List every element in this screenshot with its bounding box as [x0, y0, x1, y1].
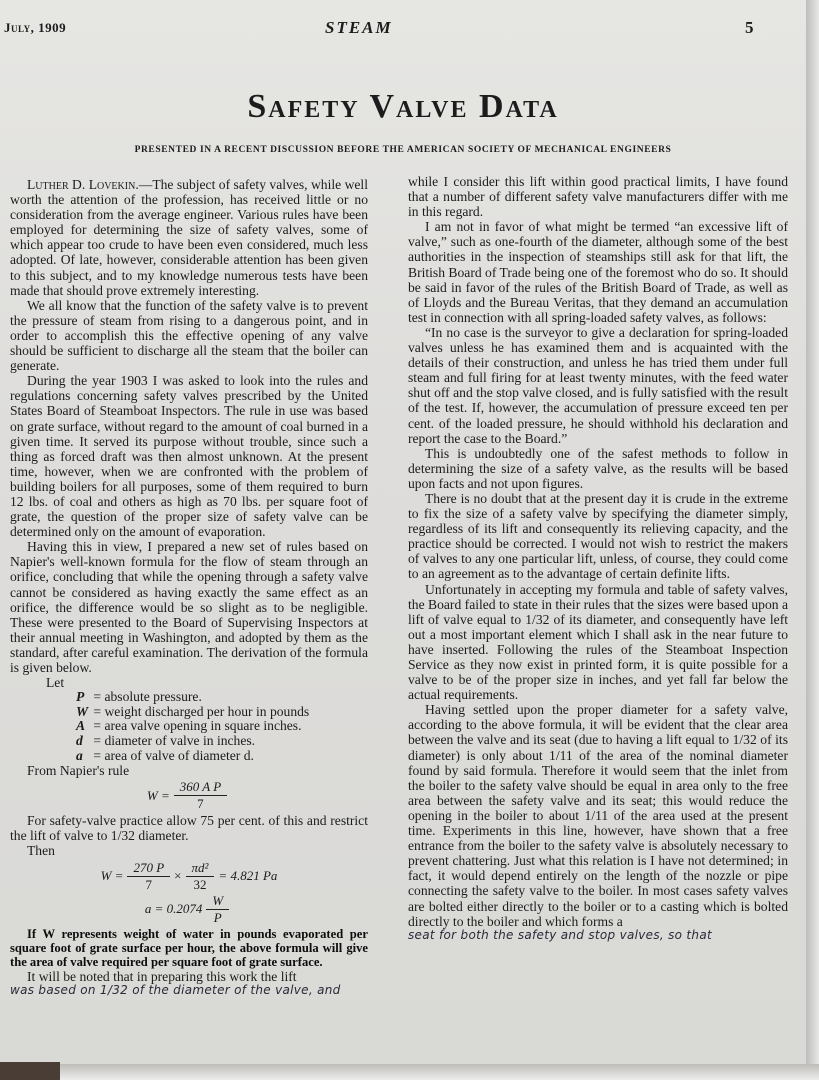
journal-name: STEAM — [325, 18, 393, 38]
paragraph: If W represents weight of water in pound… — [10, 927, 368, 969]
page-edge — [806, 0, 819, 1080]
paragraph: There is no doubt that at the present da… — [408, 491, 788, 582]
running-head: July, 1909 STEAM 5 — [0, 18, 806, 38]
paragraph: Luther D. Lovekin.—The subject of safety… — [10, 177, 368, 298]
paragraph: For safety-valve practice allow 75 per c… — [10, 813, 368, 843]
left-column: Luther D. Lovekin.—The subject of safety… — [10, 177, 368, 997]
definition-item: a = area of valve of diameter d. — [76, 749, 368, 764]
article-title: Safety Valve Data — [0, 88, 806, 126]
paragraph: Having settled upon the proper diameter … — [408, 702, 788, 928]
handwritten-note-left: was based on 1/32 of the diameter of the… — [10, 984, 368, 997]
formula-discharge: W = 270 P 7 × πd² 32 = 4.821 Pa — [10, 861, 368, 892]
formula-area: a = 0.2074 W P — [10, 894, 368, 925]
paragraph: Having this in view, I prepared a new se… — [10, 539, 368, 675]
definition-item: W = weight discharged per hour in pounds — [76, 705, 368, 720]
quote-paragraph: “In no case is the surveyor to give a de… — [408, 325, 788, 446]
then-label: Then — [10, 843, 368, 858]
paragraph: This is undoubtedly one of the safest me… — [408, 446, 788, 491]
article-subtitle: PRESENTED IN A RECENT DISCUSSION BEFORE … — [0, 145, 806, 155]
definition-item: d = diameter of valve in inches. — [76, 734, 368, 749]
paragraph: while I consider this lift within good p… — [408, 174, 788, 219]
handwritten-note-right: seat for both the safety and stop valves… — [408, 929, 788, 942]
author-name: Luther D. Lovekin. — [27, 177, 139, 192]
issue-date: July, 1909 — [4, 20, 66, 36]
background-surface — [0, 1062, 60, 1080]
napier-intro: From Napier's rule — [27, 763, 368, 778]
right-column: while I consider this lift within good p… — [408, 174, 788, 942]
formula-napier: W = 360 A P 7 — [10, 780, 368, 811]
paragraph: During the year 1903 I was asked to look… — [10, 373, 368, 539]
page-number: 5 — [745, 18, 754, 38]
paragraph: We all know that the function of the saf… — [10, 298, 368, 373]
paragraph: Unfortunately in accepting my formula an… — [408, 582, 788, 703]
variable-definitions: P = absolute pressure. W = weight discha… — [76, 690, 368, 763]
let-label: Let — [46, 675, 368, 690]
scanned-page: July, 1909 STEAM 5 Safety Valve Data PRE… — [0, 0, 806, 1064]
definition-item: A = area valve opening in square inches. — [76, 719, 368, 734]
paragraph: It will be noted that in preparing this … — [10, 969, 368, 984]
definition-item: P = absolute pressure. — [76, 690, 368, 705]
page-bottom-edge — [0, 1064, 819, 1080]
paragraph: I am not in favor of what might be terme… — [408, 219, 788, 325]
